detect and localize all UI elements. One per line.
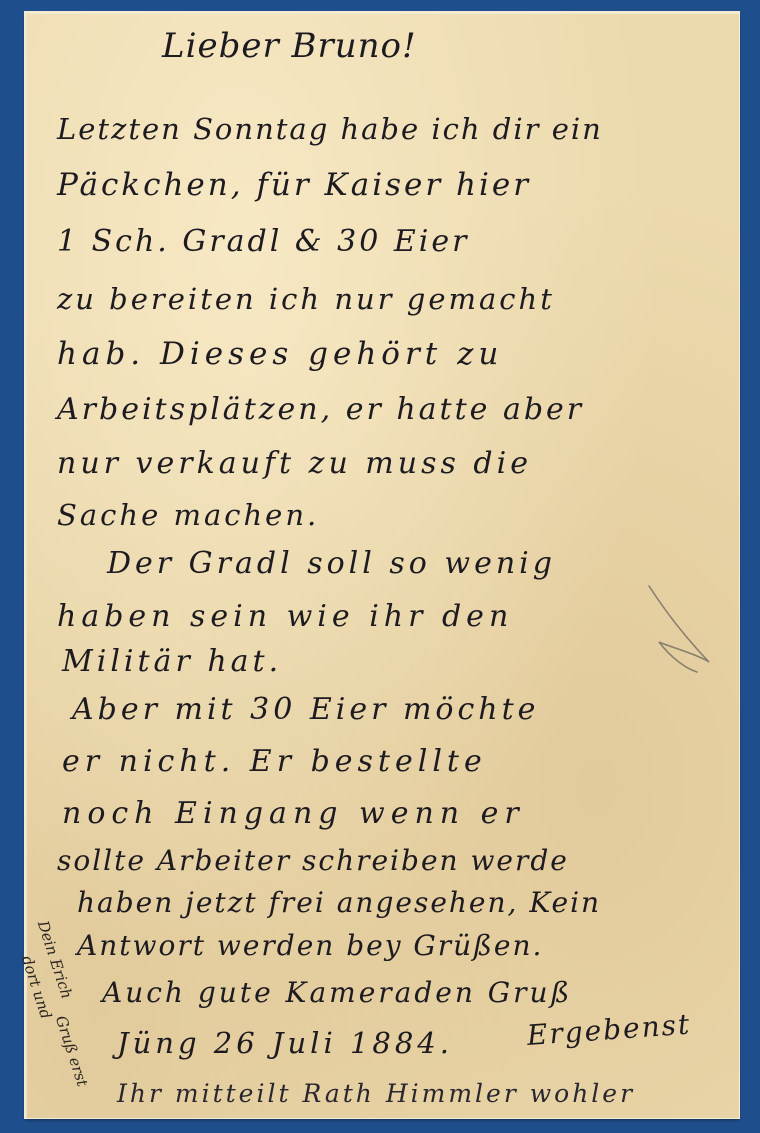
text-line-16: haben jetzt frei angesehen, Kein <box>77 886 601 919</box>
text-line-7: nur verkauft zu muss die <box>57 446 532 481</box>
text-line-15: sollte Arbeiter schreiben werde <box>57 844 569 877</box>
text-line-1: Letzten Sonntag habe ich dir ein <box>57 112 603 146</box>
text-line-18: Auch gute Kameraden Gruß <box>102 976 572 1009</box>
salutation: Lieber Bruno! <box>162 26 417 66</box>
postcard: Lieber Bruno! Letzten Sonntag habe ich d… <box>25 12 739 1118</box>
text-line-13: er nicht. Er bestellte <box>62 744 487 779</box>
text-line-6: Arbeitsplätzen, er hatte aber <box>57 392 584 427</box>
date-line: Jüng 26 Juli 1884. <box>117 1026 453 1060</box>
text-line-10: haben sein wie ihr den <box>57 599 513 634</box>
text-line-5: hab. Dieses gehört zu <box>57 336 503 372</box>
text-line-11: Militär hat. <box>62 644 282 679</box>
text-line-3: 1 Sch. Gradl & 30 Eier <box>57 224 469 259</box>
text-line-14: noch Eingang wenn er <box>62 796 525 831</box>
text-line-9: Der Gradl soll so wenig <box>107 546 556 581</box>
text-line-8: Sache machen. <box>57 498 319 532</box>
text-line-2: Päckchen, für Kaiser hier <box>57 167 531 203</box>
postscript-line: Ihr mitteilt Rath Himmler wohler <box>117 1079 635 1108</box>
signature: Ergebenst <box>526 1008 692 1052</box>
pencil-check-icon <box>647 584 727 674</box>
text-line-4: zu bereiten ich nur gemacht <box>57 282 555 316</box>
margin-note-3: Gruß erst <box>53 1014 90 1088</box>
text-line-12: Aber mit 30 Eier möchte <box>72 692 539 727</box>
text-line-17: Antwort werden bey Grüßen. <box>77 929 543 962</box>
